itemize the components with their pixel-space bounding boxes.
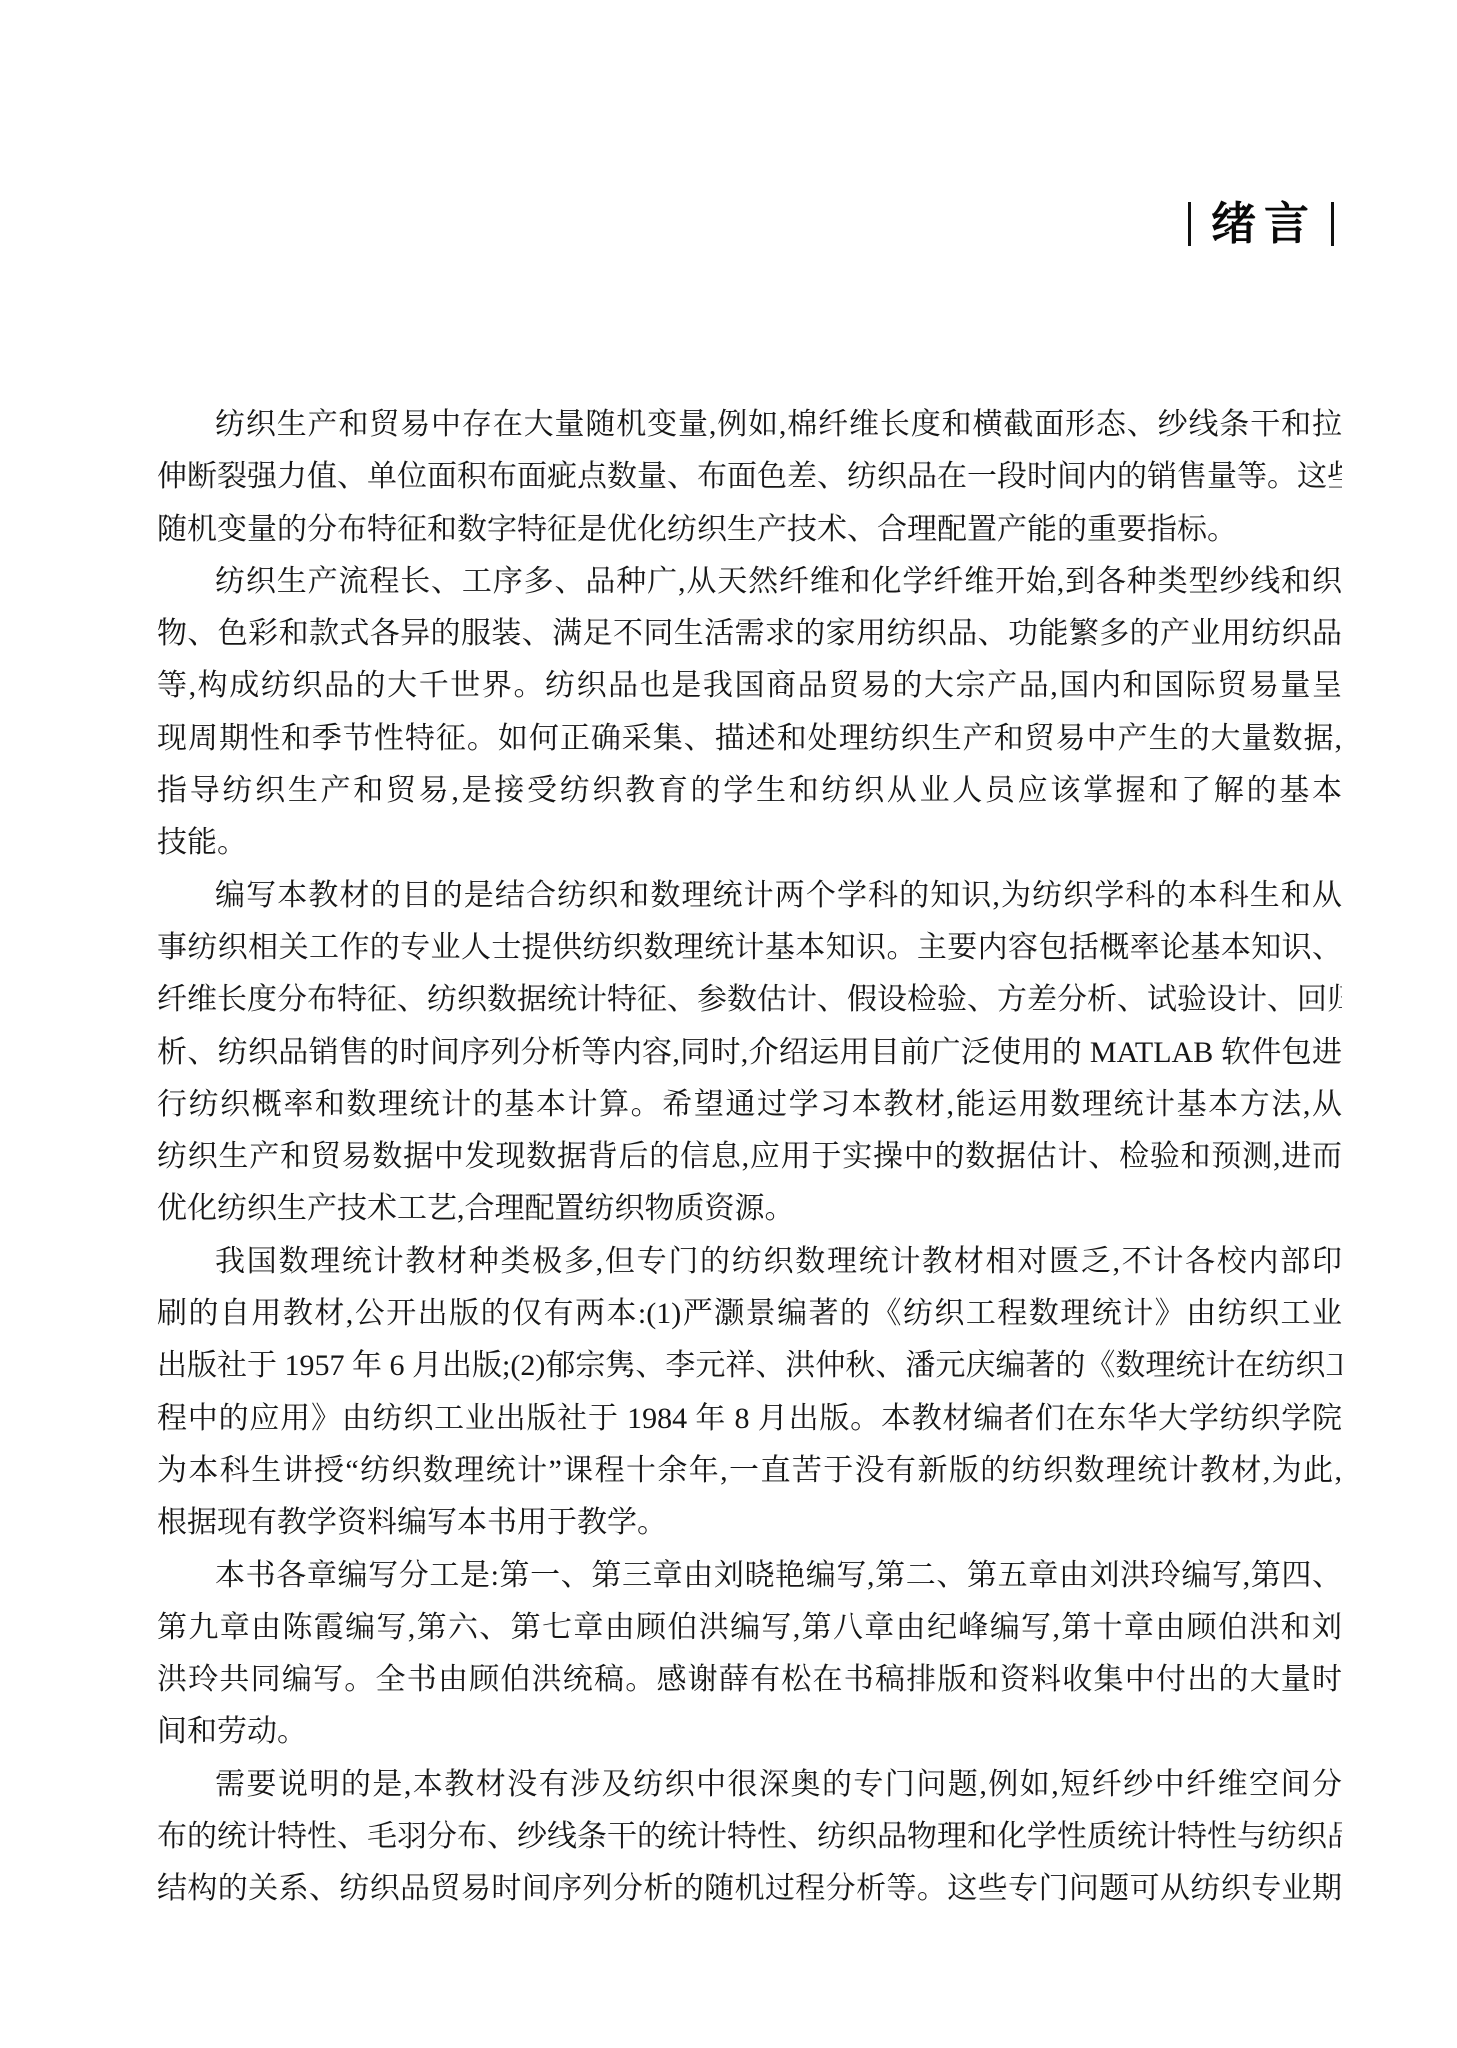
text-line: 纺织生产流程长、工序多、品种广,从天然纤维和化学纤维开始,到各种类型纱线和织 [157,556,1342,608]
book-page: 绪言 纺织生产和贸易中存在大量随机变量,例如,棉纤维长度和横截面形态、纱线条干和… [0,0,1457,2048]
title-right-rule [1331,202,1334,246]
text-line: 等,构成纺织品的大千世界。纺织品也是我国商品贸易的大宗产品,国内和国际贸易量呈 [157,660,1342,712]
text-line: 伸断裂强力值、单位面积布面疵点数量、布面色差、纺织品在一段时间内的销售量等。这些 [157,451,1342,503]
text-line: 根据现有教学资料编写本书用于教学。 [157,1497,1342,1549]
text-line: 物、色彩和款式各异的服装、满足不同生活需求的家用纺织品、功能繁多的产业用纺织品 [157,608,1342,660]
page-title: 绪言 [1211,201,1317,247]
chapter-title-block: 绪言 [1188,201,1334,247]
text-line: 指导纺织生产和贸易,是接受纺织教育的学生和纺织从业人员应该掌握和了解的基本 [157,765,1342,817]
text-line: 布的统计特性、毛羽分布、纱线条干的统计特性、纺织品物理和化学性质统计特性与纺织品 [157,1811,1342,1863]
text-line: 纺织生产和贸易中存在大量随机变量,例如,棉纤维长度和横截面形态、纱线条干和拉 [157,399,1342,451]
text-line: 事纺织相关工作的专业人士提供纺织数理统计基本知识。主要内容包括概率论基本知识、 [157,922,1342,974]
text-line: 纺织生产和贸易数据中发现数据背后的信息,应用于实操中的数据估计、检验和预测,进而 [157,1131,1342,1183]
text-line: 刷的自用教材,公开出版的仅有两本:(1)严灏景编著的《纺织工程数理统计》由纺织工… [157,1288,1342,1340]
text-line: 洪玲共同编写。全书由顾伯洪统稿。感谢薛有松在书稿排版和资料收集中付出的大量时 [157,1654,1342,1706]
text-line: 纤维长度分布特征、纺织数据统计特征、参数估计、假设检验、方差分析、试验设计、回归… [157,974,1342,1026]
text-line: 我国数理统计教材种类极多,但专门的纺织数理统计教材相对匮乏,不计各校内部印 [157,1236,1342,1288]
text-line: 为本科生讲授“纺织数理统计”课程十余年,一直苦于没有新版的纺织数理统计教材,为此… [157,1445,1342,1497]
text-line: 现周期性和季节性特征。如何正确采集、描述和处理纺织生产和贸易中产生的大量数据, [157,713,1342,765]
text-line: 优化纺织生产技术工艺,合理配置纺织物质资源。 [157,1183,1342,1235]
text-line: 行纺织概率和数理统计的基本计算。希望通过学习本教材,能运用数理统计基本方法,从 [157,1079,1342,1131]
body-text: 纺织生产和贸易中存在大量随机变量,例如,棉纤维长度和横截面形态、纱线条干和拉伸断… [157,399,1342,1916]
text-line: 间和劳动。 [157,1706,1342,1758]
text-line: 编写本教材的目的是结合纺织和数理统计两个学科的知识,为纺织学科的本科生和从 [157,870,1342,922]
text-line: 第九章由陈霞编写,第六、第七章由顾伯洪编写,第八章由纪峰编写,第十章由顾伯洪和刘 [157,1602,1342,1654]
text-line: 程中的应用》由纺织工业出版社于 1984 年 8 月出版。本教材编者们在东华大学… [157,1393,1342,1445]
text-line: 结构的关系、纺织品贸易时间序列分析的随机过程分析等。这些专门问题可从纺织专业期 [157,1863,1342,1915]
title-left-rule [1188,202,1191,246]
text-line: 析、纺织品销售的时间序列分析等内容,同时,介绍运用目前广泛使用的 MATLAB … [157,1027,1342,1079]
text-line: 技能。 [157,817,1342,869]
text-line: 需要说明的是,本教材没有涉及纺织中很深奥的专门问题,例如,短纤纱中纤维空间分 [157,1759,1342,1811]
text-line: 出版社于 1957 年 6 月出版;(2)郁宗隽、李元祥、洪仲秋、潘元庆编著的《… [157,1340,1342,1392]
text-line: 随机变量的分布特征和数字特征是优化纺织生产技术、合理配置产能的重要指标。 [157,504,1342,556]
text-line: 本书各章编写分工是:第一、第三章由刘晓艳编写,第二、第五章由刘洪玲编写,第四、 [157,1550,1342,1602]
